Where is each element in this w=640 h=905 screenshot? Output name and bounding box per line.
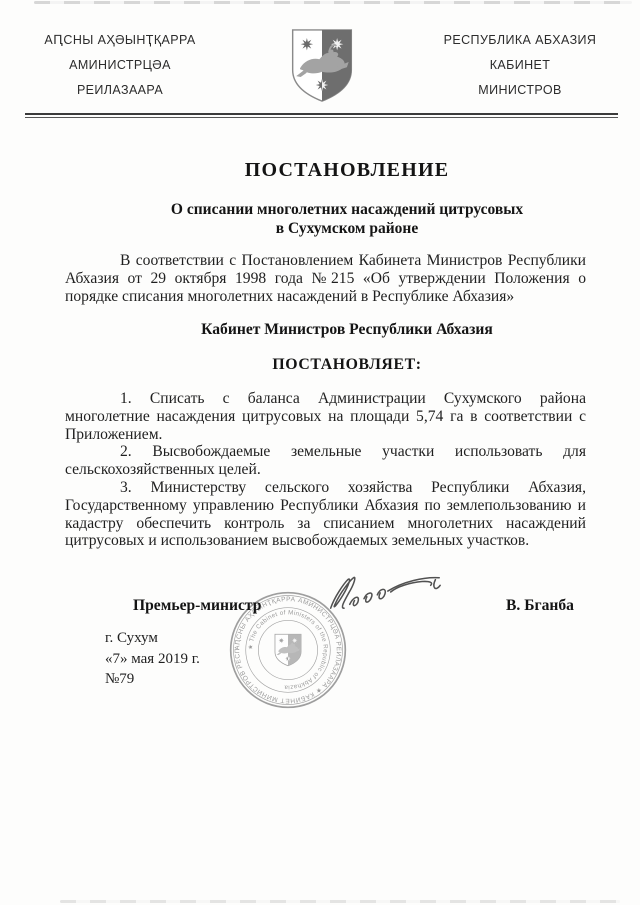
header-left-line: РЕИЛАЗААРА <box>20 78 220 103</box>
decree-item-2: 2. Высвобождаемые земельные участки испо… <box>65 443 586 479</box>
header-right-line: РЕСПУБЛИКА АБХАЗИЯ <box>420 28 620 53</box>
authority-line: Кабинет Министров Республики Абхазия <box>65 321 629 339</box>
document-title: ПОСТАНОВЛЕНИЕ <box>65 159 629 182</box>
document-page: АԤСНЫ АҲӘЫНҬҚАРРА АМИНИСТРЦӘА РЕИЛАЗААРА… <box>0 0 640 905</box>
decree-items: 1. Списать с баланса Администрации Сухум… <box>65 390 586 550</box>
decree-item-3: 3. Министерству сельского хозяйства Респ… <box>65 479 586 550</box>
scan-artifact-bottom <box>60 900 620 903</box>
resolves-line: ПОСТАНОВЛЯЕТ: <box>65 356 629 374</box>
decree-item-1: 1. Списать с баланса Администрации Сухум… <box>65 390 586 443</box>
signature-post-label: Премьер-министр <box>133 597 261 615</box>
document-subtitle: О списании многолетних насаждений цитрус… <box>65 201 629 238</box>
stamp-emblem-icon <box>275 634 301 666</box>
header-right-line: КАБИНЕТ <box>420 53 620 78</box>
double-rule <box>25 113 618 118</box>
subtitle-line1: О списании многолетних насаждений цитрус… <box>65 201 629 220</box>
subtitle-line2: в Сухумском районе <box>65 220 629 239</box>
scan-artifact-top <box>34 1 632 4</box>
preamble-block: В соответствии с Постановлением Кабинета… <box>65 252 586 305</box>
header-right-line: МИНИСТРОВ <box>420 78 620 103</box>
footer-city: г. Сухум <box>105 628 200 649</box>
preamble-paragraph: В соответствии с Постановлением Кабинета… <box>65 252 586 305</box>
coat-of-arms-icon <box>290 27 354 109</box>
footer-date: «7» мая 2019 г. <box>105 649 200 670</box>
signature-name: В. Бганба <box>506 597 574 615</box>
header-left-line: АМИНИСТРЦӘА <box>20 53 220 78</box>
footer-number: №79 <box>105 669 200 690</box>
footer-block: г. Сухум «7» мая 2019 г. №79 <box>105 628 200 690</box>
header-right-text: РЕСПУБЛИКА АБХАЗИЯ КАБИНЕТ МИНИСТРОВ <box>420 28 620 103</box>
signature-script <box>316 572 452 617</box>
header-left-line: АԤСНЫ АҲӘЫНҬҚАРРА <box>20 28 220 53</box>
header-left-text: АԤСНЫ АҲӘЫНҬҚАРРА АМИНИСТРЦӘА РЕИЛАЗААРА <box>20 28 220 103</box>
